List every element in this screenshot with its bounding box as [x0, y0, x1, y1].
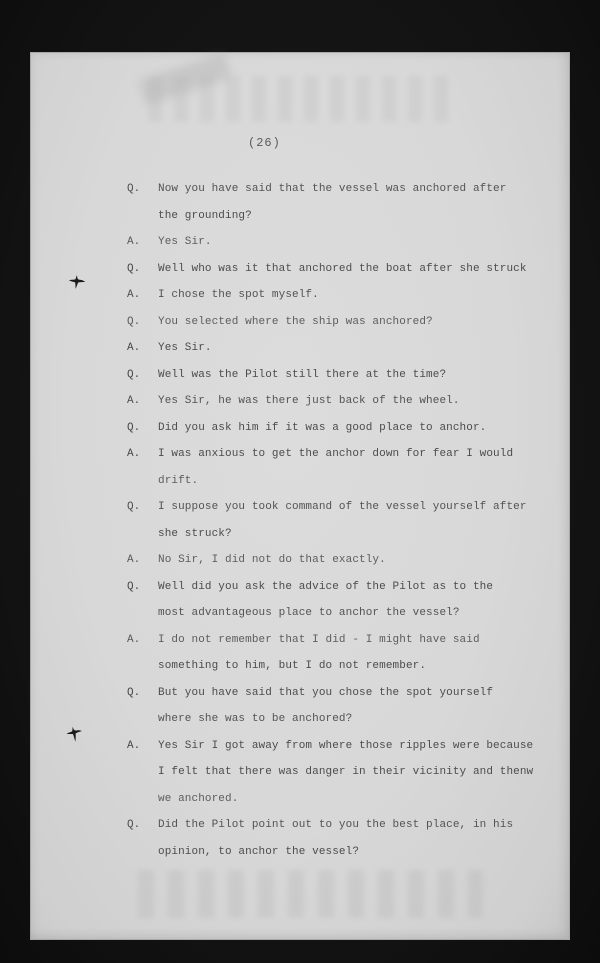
speaker-label: A. [127, 441, 158, 468]
transcript-text: Now you have said that the vessel was an… [158, 176, 532, 203]
transcript-line: Q.You selected where the ship was anchor… [127, 309, 532, 336]
transcript-text: Well who was it that anchored the boat a… [158, 256, 532, 283]
speaker-label [127, 759, 158, 786]
transcript-text: the grounding? [158, 203, 532, 230]
speaker-label: Q. [127, 309, 158, 336]
transcript-line: opinion, to anchor the vessel? [127, 839, 532, 866]
ink-blot-top [65, 272, 89, 296]
speaker-label: Q. [127, 574, 158, 601]
transcript: Q.Now you have said that the vessel was … [127, 176, 532, 865]
transcript-line: A.I do not remember that I did - I might… [127, 627, 532, 654]
transcript-text: Yes Sir, he was there just back of the w… [158, 388, 532, 415]
speaker-label: A. [127, 388, 158, 415]
transcript-text: opinion, to anchor the vessel? [158, 839, 532, 866]
speaker-label: A. [127, 547, 158, 574]
document-page: (26) Q.Now you have said that the vessel… [30, 52, 570, 940]
transcript-line: I felt that there was danger in their vi… [127, 759, 532, 786]
transcript-text: Yes Sir. [158, 229, 532, 256]
transcript-line: she struck? [127, 521, 532, 548]
transcript-line: drift. [127, 468, 532, 495]
transcript-line: A.I chose the spot myself. [127, 282, 532, 309]
ghost-text-smudge-top [148, 76, 460, 122]
speaker-label [127, 600, 158, 627]
transcript-line: A.Yes Sir. [127, 229, 532, 256]
transcript-text: something to him, but I do not remember. [158, 653, 532, 680]
transcript-text: drift. [158, 468, 532, 495]
transcript-text: I was anxious to get the anchor down for… [158, 441, 532, 468]
transcript-line: Q.Now you have said that the vessel was … [127, 176, 532, 203]
speaker-label: Q. [127, 812, 158, 839]
transcript-text: I chose the spot myself. [158, 282, 532, 309]
transcript-line: the grounding? [127, 203, 532, 230]
transcript-text: Yes Sir. [158, 335, 532, 362]
speaker-label: A. [127, 282, 158, 309]
transcript-line: A.Yes Sir I got away from where those ri… [127, 733, 532, 760]
speaker-label: Q. [127, 176, 158, 203]
transcript-text: I suppose you took command of the vessel… [158, 494, 532, 521]
speaker-label: Q. [127, 494, 158, 521]
transcript-line: most advantageous place to anchor the ve… [127, 600, 532, 627]
transcript-text: Did you ask him if it was a good place t… [158, 415, 532, 442]
speaker-label [127, 653, 158, 680]
transcript-text: where she was to be anchored? [158, 706, 532, 733]
transcript-line: Q.But you have said that you chose the s… [127, 680, 532, 707]
transcript-line: Q.Well was the Pilot still there at the … [127, 362, 532, 389]
page-number: (26) [248, 136, 281, 150]
transcript-text: Yes Sir I got away from where those ripp… [158, 733, 533, 760]
transcript-text: Well did you ask the advice of the Pilot… [158, 574, 532, 601]
speaker-label [127, 521, 158, 548]
speaker-label [127, 786, 158, 813]
transcript-text: I felt that there was danger in their vi… [158, 759, 533, 786]
transcript-text: You selected where the ship was anchored… [158, 309, 532, 336]
speaker-label [127, 203, 158, 230]
transcript-line: A.No Sir, I did not do that exactly. [127, 547, 532, 574]
transcript-line: where she was to be anchored? [127, 706, 532, 733]
speaker-label [127, 468, 158, 495]
speaker-label: A. [127, 335, 158, 362]
transcript-text: we anchored. [158, 786, 532, 813]
transcript-line: Q.Well did you ask the advice of the Pil… [127, 574, 532, 601]
speaker-label: A. [127, 733, 158, 760]
transcript-text: No Sir, I did not do that exactly. [158, 547, 532, 574]
ghost-text-smudge-bottom [138, 870, 483, 918]
transcript-text: she struck? [158, 521, 532, 548]
transcript-line: A.I was anxious to get the anchor down f… [127, 441, 532, 468]
transcript-line: Q.Did the Pilot point out to you the bes… [127, 812, 532, 839]
transcript-text: Well was the Pilot still there at the ti… [158, 362, 532, 389]
transcript-text: I do not remember that I did - I might h… [158, 627, 532, 654]
speaker-label: Q. [127, 680, 158, 707]
speaker-label: Q. [127, 362, 158, 389]
transcript-line: Q.I suppose you took command of the vess… [127, 494, 532, 521]
speaker-label [127, 706, 158, 733]
transcript-line: Q.Did you ask him if it was a good place… [127, 415, 532, 442]
speaker-label: Q. [127, 415, 158, 442]
transcript-line: A.Yes Sir. [127, 335, 532, 362]
transcript-line: Q.Well who was it that anchored the boat… [127, 256, 532, 283]
transcript-text: But you have said that you chose the spo… [158, 680, 532, 707]
speaker-label: A. [127, 627, 158, 654]
transcript-line: we anchored. [127, 786, 532, 813]
transcript-line: something to him, but I do not remember. [127, 653, 532, 680]
transcript-line: A.Yes Sir, he was there just back of the… [127, 388, 532, 415]
transcript-text: most advantageous place to anchor the ve… [158, 600, 532, 627]
transcript-text: Did the Pilot point out to you the best … [158, 812, 532, 839]
speaker-label: Q. [127, 256, 158, 283]
ink-blot-bottom [63, 723, 87, 747]
speaker-label: A. [127, 229, 158, 256]
speaker-label [127, 839, 158, 866]
